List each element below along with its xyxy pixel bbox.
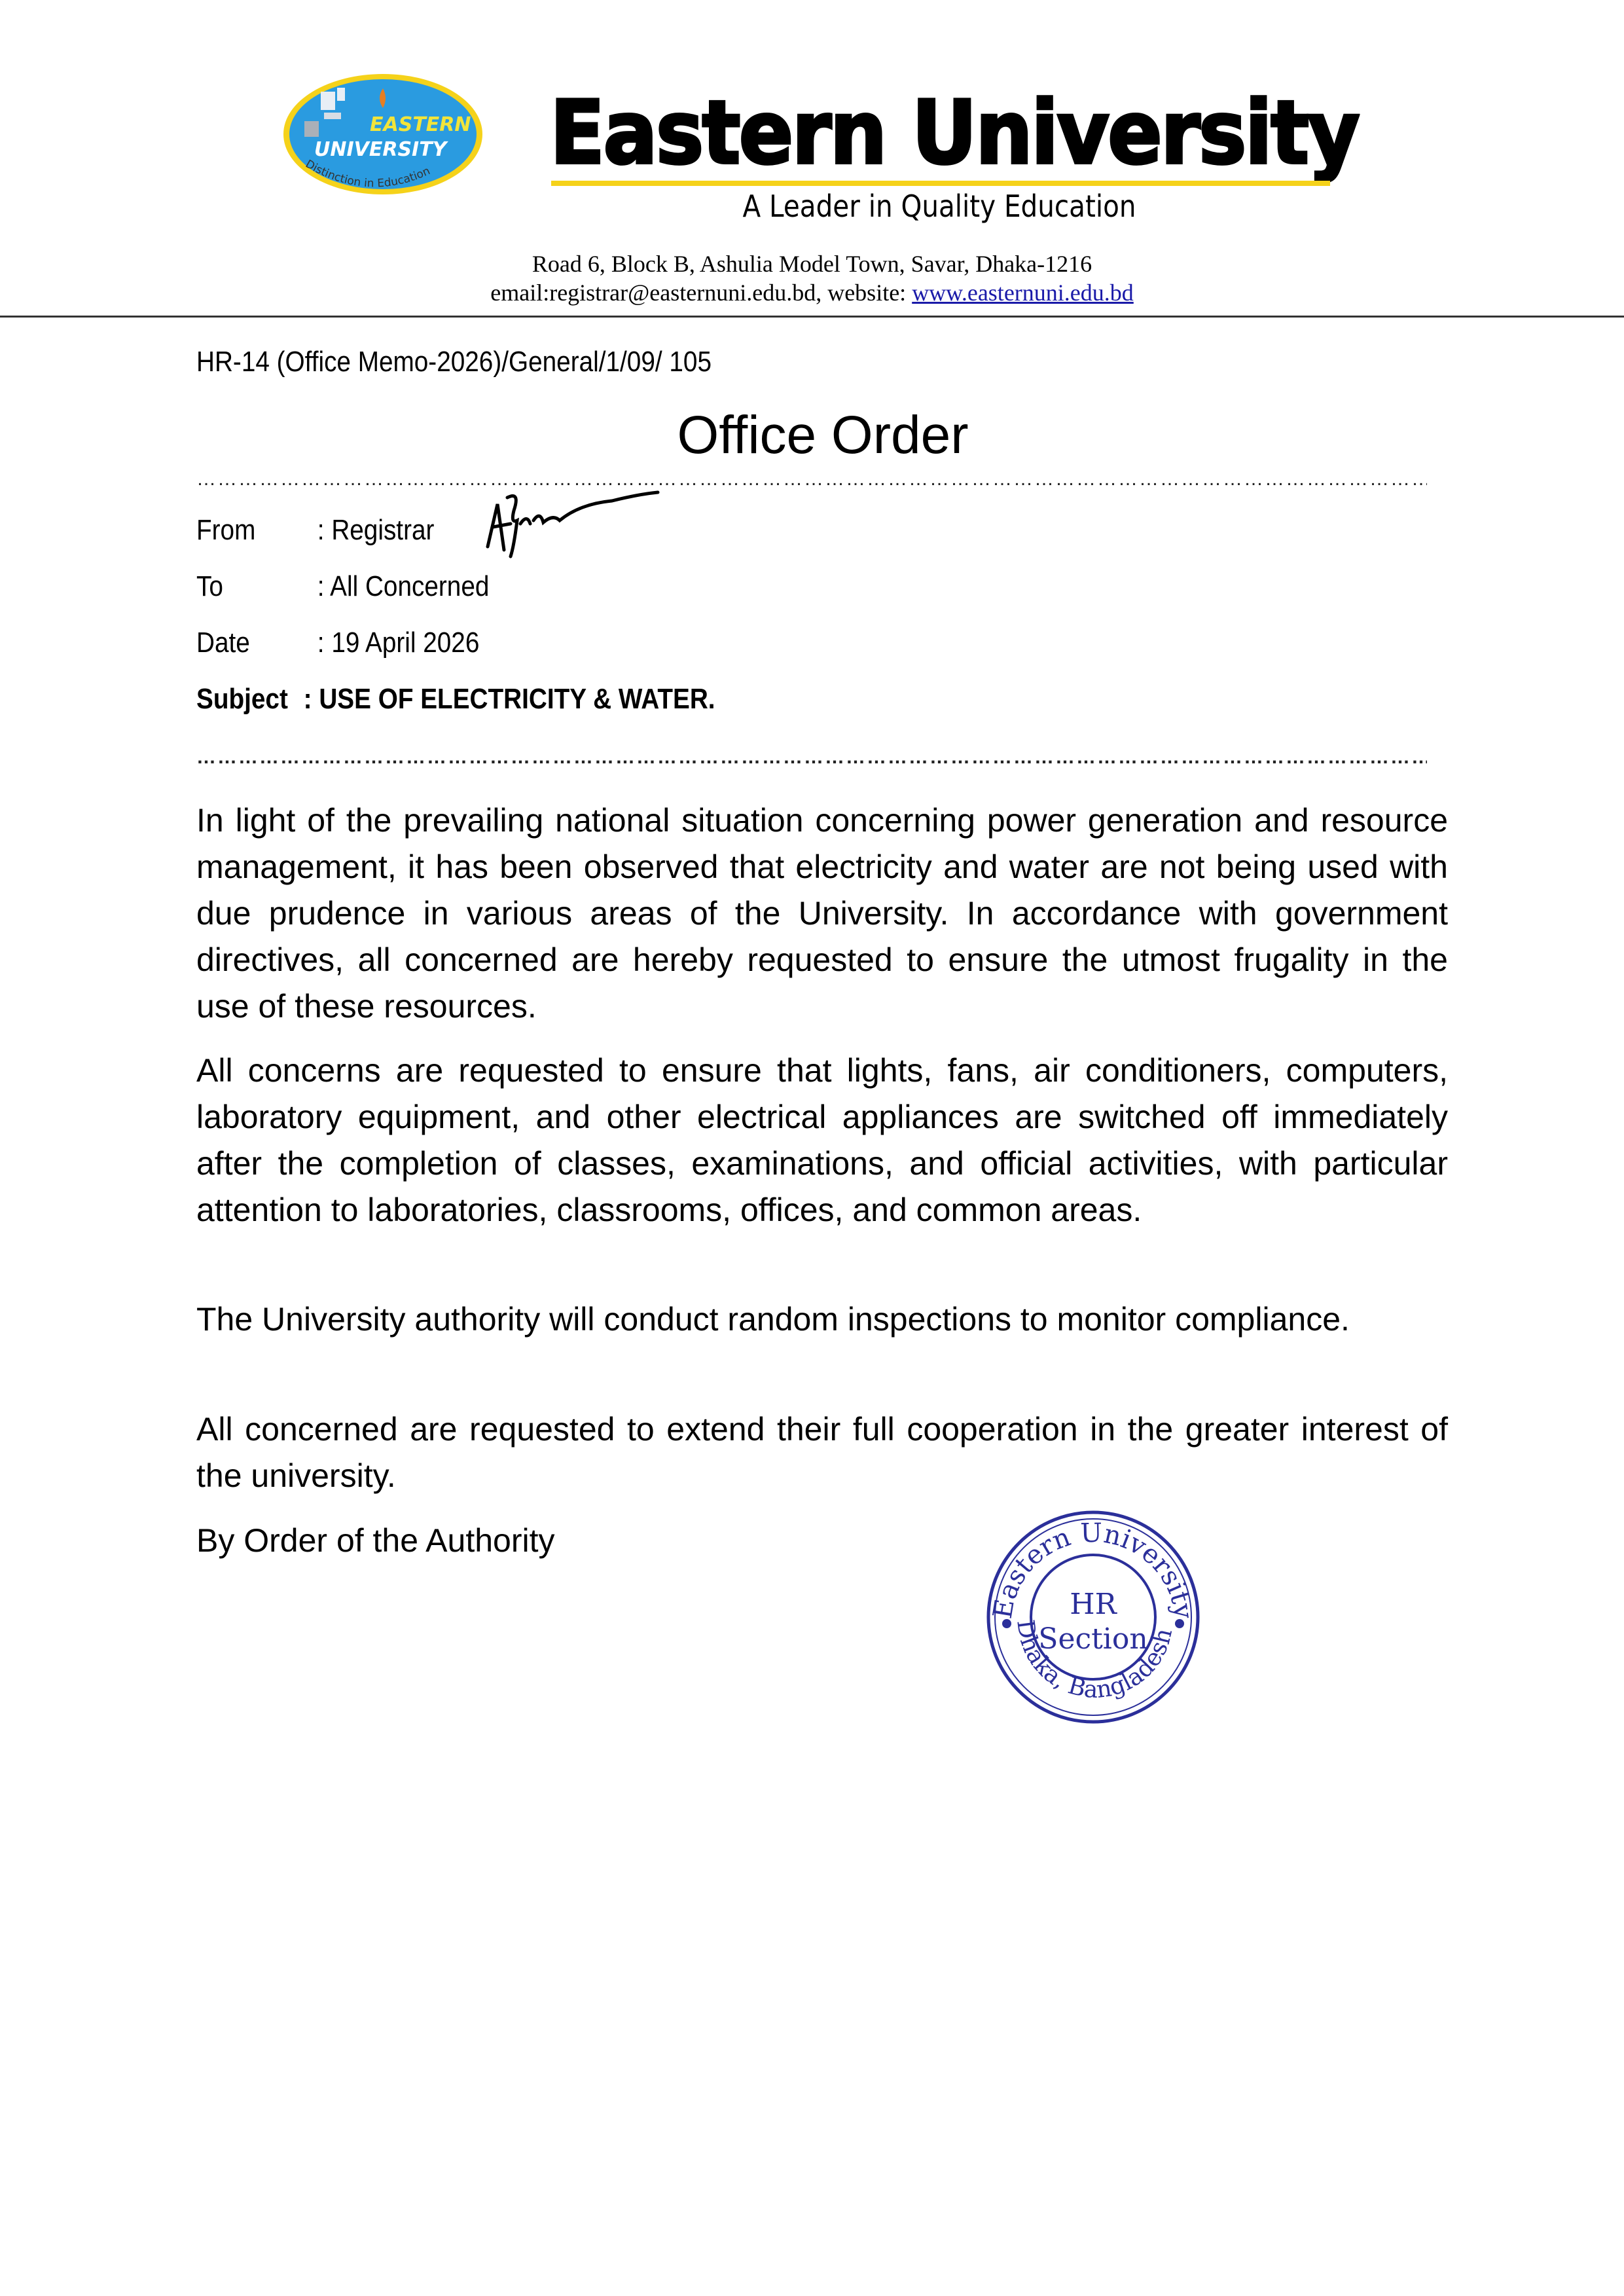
contact-email: email:registrar@easternuni.edu.bd, websi… — [490, 280, 912, 306]
body-paragraph: The University authority will conduct ra… — [196, 1296, 1448, 1343]
field-label: From — [196, 514, 317, 547]
university-logo-icon: EASTERN UNIVERSITY Distinction in Educat… — [278, 72, 497, 213]
closing-line: By Order of the Authority — [196, 1518, 1448, 1564]
body-paragraph: All concerned are requested to extend th… — [196, 1406, 1448, 1499]
field-from: From: Registrar — [196, 514, 434, 547]
official-seal-icon: Eastern University Dhaka, Bangladesh HR … — [982, 1506, 1204, 1728]
address-line: Road 6, Block B, Ashulia Model Town, Sav… — [0, 249, 1624, 279]
field-value: : USE OF ELECTRICITY & WATER. — [304, 683, 715, 715]
contact-line: email:registrar@easternuni.edu.bd, websi… — [0, 278, 1624, 308]
memo-reference: HR-14 (Office Memo-2026)/General/1/09/ 1… — [196, 346, 712, 378]
field-label: To — [196, 570, 317, 603]
field-label: Date — [196, 627, 317, 659]
university-tagline: A Leader in Quality Education — [596, 187, 1282, 226]
letterhead-divider — [0, 316, 1624, 318]
field-value: : Registrar — [317, 514, 435, 546]
field-subject: Subject: USE OF ELECTRICITY & WATER. — [196, 683, 715, 716]
separator-top: …………………………………………………………………………………………………………… — [196, 468, 1427, 494]
seal-center-line1: HR — [1070, 1588, 1117, 1621]
handwritten-signature-icon — [481, 484, 664, 563]
separator-bottom: …………………………………………………………………………………………………………… — [196, 746, 1427, 773]
page-title: Office Order — [0, 403, 1624, 468]
university-name: Eastern University — [550, 90, 1299, 175]
logo-text-university: UNIVERSITY — [314, 138, 449, 161]
website-link[interactable]: www.easternuni.edu.bd — [912, 280, 1134, 306]
logo-text-eastern: EASTERN — [370, 113, 471, 136]
body-paragraph: In light of the prevailing national situ… — [196, 797, 1448, 1030]
field-to: To: All Concerned — [196, 570, 489, 603]
field-value: : 19 April 2026 — [317, 627, 480, 659]
field-label: Subject — [196, 683, 304, 716]
body-paragraph: All concerns are requested to ensure tha… — [196, 1048, 1448, 1233]
field-value: : All Concerned — [317, 570, 490, 602]
brand-divider — [551, 181, 1330, 186]
field-date: Date: 19 April 2026 — [196, 627, 479, 659]
seal-center-line2: Section — [1038, 1622, 1147, 1656]
